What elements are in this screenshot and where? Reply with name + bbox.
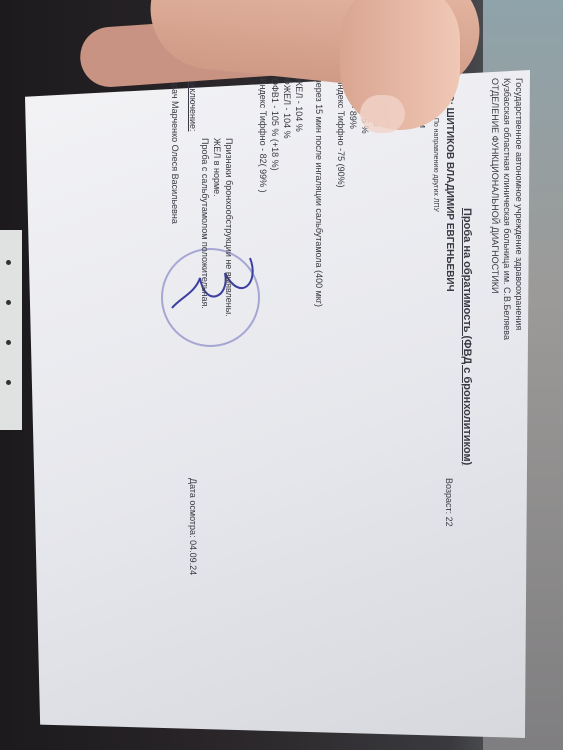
doctor-name: Врач Марченко Олеся Васильевна <box>169 78 181 224</box>
patient-age: Возраст: 22 <box>443 478 455 527</box>
perforated-paper-edge <box>0 230 22 430</box>
patient-name: ФИО: ШИТИКОВ ВЛАДИМИР ЕВГЕНЬЕВИЧ <box>443 78 455 292</box>
thumb-nail <box>360 95 405 133</box>
department-line: ОТДЕЛЕНИЕ ФУНКЦИОНАЛЬНОЙ ДИАГНОСТИКИ <box>489 78 501 294</box>
post-bronchodilator-label: через 15 мин после ингаляции сальбутамол… <box>313 78 325 307</box>
doctor-signature <box>170 253 260 313</box>
exam-date: Дата осмотра: 04.09.24 <box>187 478 199 575</box>
post-ofv1: ОФВ1 - 105 % (+18 %) <box>269 78 281 171</box>
post-tiffeneau: Индекс Тиффно - 82( 99% ) <box>257 78 269 193</box>
post-zhel: ЖЕЛ - 104 % <box>293 78 305 132</box>
conclusion-line-3: Проба с сальбутамолом положительная. <box>199 138 211 309</box>
report-title: Проба на обратимость (ФВД с бронхолитико… <box>461 208 473 465</box>
conclusion-line-2: ЖЕЛ в норме. <box>211 138 223 197</box>
conclusion-label: Заключение: <box>187 78 199 131</box>
institution-line-2: Кузбасская областная клиническая больниц… <box>501 78 513 340</box>
report-content: Государственное автономное учреждение зд… <box>65 78 525 718</box>
post-fzhel: ФЖЕЛ - 104 % <box>281 78 293 139</box>
institution-line-1: Государственное автономное учреждение зд… <box>513 78 525 330</box>
conclusion-line-1: Признаки бронхообструкции не выявлены. <box>223 138 235 317</box>
